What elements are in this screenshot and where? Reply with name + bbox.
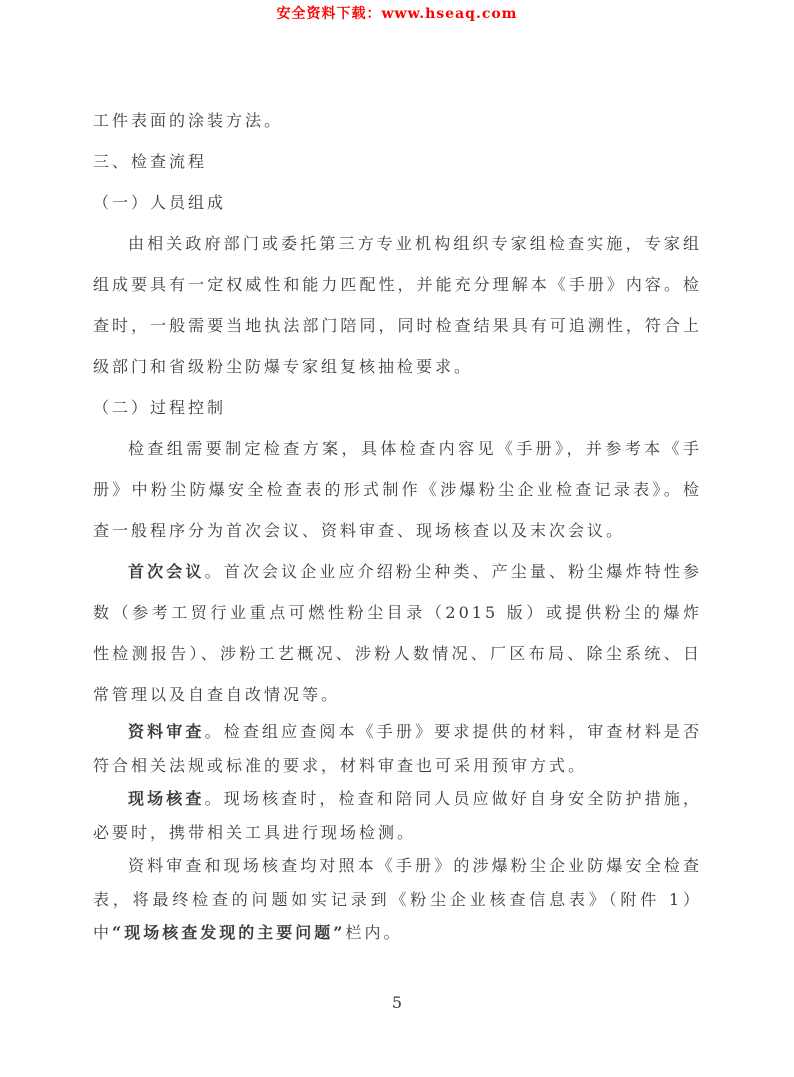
text-run: 检查组需要制定检查方案，具体检查内容见《手册》，并参考本《手册》中粉尘防爆安全检…: [93, 439, 702, 540]
paragraph-personnel: 由相关政府部门或委托第三方专业机构组织专家组检查实施，专家组组成要具有一定权威性…: [93, 223, 702, 387]
body-continued-line: 工件表面的涂装方法。: [93, 100, 702, 141]
paragraph-process-control: 检查组需要制定检查方案，具体检查内容见《手册》，并参考本《手册》中粉尘防爆安全检…: [93, 428, 702, 551]
page-number: 5: [0, 993, 794, 1012]
bold-text-run: 首次会议: [128, 562, 205, 581]
paragraph-record-results: 资料审查和现场核查均对照本《手册》的涉爆粉尘企业防爆安全检查表，将最终检查的问题…: [93, 849, 702, 950]
bold-text-run: “现场核查发现的主要问题”: [112, 923, 345, 942]
paragraph-site-inspection: 现场核查。现场核查时，检查和陪同人员应做好自身安全防护措施，必要时，携带相关工具…: [93, 782, 702, 849]
text-run: 三、检查流程: [93, 152, 207, 171]
text-run: 。首次会议企业应介绍粉尘种类、产尘量、粉尘爆炸特性参数（参考工贸行业重点可燃性粉…: [93, 562, 702, 704]
subsection-heading-1: （一）人员组成: [93, 182, 702, 223]
text-run: 由相关政府部门或委托第三方专业机构组织专家组检查实施，专家组组成要具有一定权威性…: [93, 234, 702, 376]
section-heading: 三、检查流程: [93, 141, 702, 182]
subsection-heading-2: （二）过程控制: [93, 387, 702, 428]
text-run: 工件表面的涂装方法。: [93, 111, 283, 130]
text-run: （二）过程控制: [93, 398, 226, 417]
text-run: （一）人员组成: [93, 193, 226, 212]
document-page: 安全资料下载：www.hseaq.com 工件表面的涂装方法。三、检查流程（一）…: [0, 0, 794, 1077]
paragraph-document-review: 资料审查。检查组应查阅本《手册》要求提供的材料，审查材料是否符合相关法规或标准的…: [93, 715, 702, 782]
header-download-watermark: 安全资料下载：www.hseaq.com: [0, 3, 794, 23]
bold-text-run: 现场核查: [128, 789, 205, 808]
bold-text-run: 资料审查: [128, 722, 205, 741]
document-body: 工件表面的涂装方法。三、检查流程（一）人员组成由相关政府部门或委托第三方专业机构…: [93, 100, 702, 950]
text-run: 栏内。: [345, 923, 402, 942]
paragraph-first-meeting: 首次会议。首次会议企业应介绍粉尘种类、产尘量、粉尘爆炸特性参数（参考工贸行业重点…: [93, 551, 702, 715]
